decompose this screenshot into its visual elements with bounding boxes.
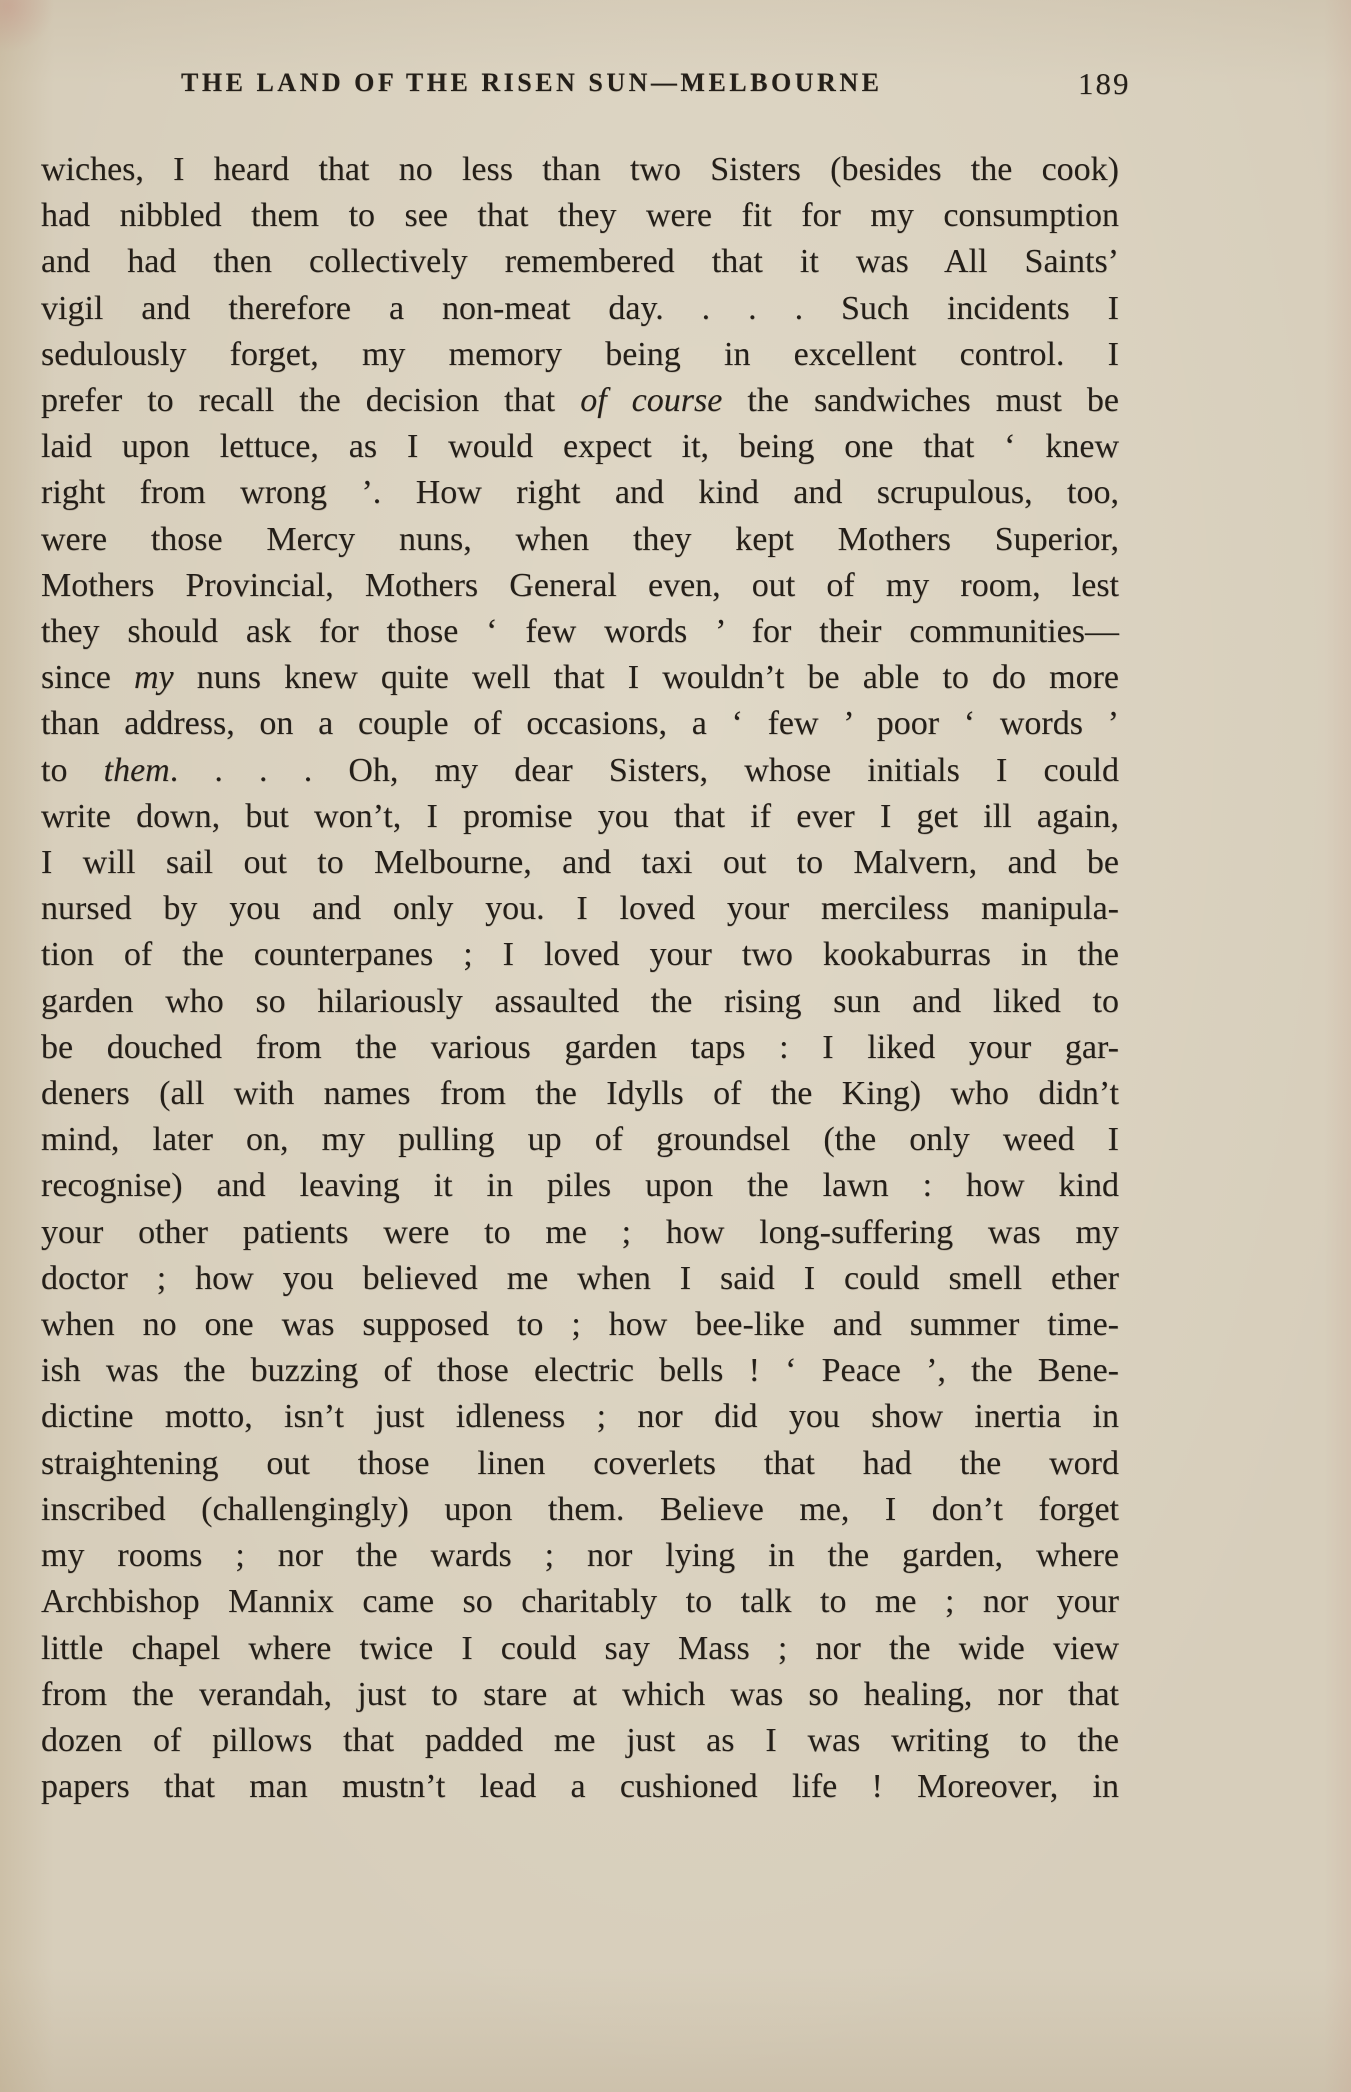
text-line: little chapel where twice I could say Ma… [41,1626,1119,1672]
running-header-title: THE LAND OF THE RISEN SUN—MELBOURNE [181,68,882,98]
text-line: deners (all with names from the Idylls o… [41,1071,1119,1117]
text-line: when no one was supposed to ; how bee-li… [41,1302,1119,1348]
text-line: they should ask for those ‘ few words ’ … [41,609,1119,655]
text-line: mind, later on, my pulling up of grounds… [41,1117,1119,1163]
text-line: had nibbled them to see that they were f… [41,193,1119,239]
text-line: to them. . . . Oh, my dear Sisters, whos… [41,748,1119,794]
text-line: dozen of pillows that padded me just as … [41,1718,1119,1764]
text-line: ish was the buzzing of those electric be… [41,1348,1119,1394]
text-line: wiches, I heard that no less than two Si… [41,147,1119,193]
text-line: were those Mercy nuns, when they kept Mo… [41,517,1119,563]
body-text: wiches, I heard that no less than two Si… [41,147,1119,1810]
text-line: dictine motto, isn’t just idleness ; nor… [41,1394,1119,1440]
text-line: my rooms ; nor the wards ; nor lying in … [41,1533,1119,1579]
text-line: doctor ; how you believed me when I said… [41,1256,1119,1302]
text-line: tion of the counterpanes ; I loved your … [41,932,1119,978]
text-line: straightening out those linen coverlets … [41,1441,1119,1487]
text-line: garden who so hilariously assaulted the … [41,979,1119,1025]
text-line: recognise) and leaving it in piles upon … [41,1163,1119,1209]
page-number: 189 [1078,66,1131,102]
text-line: vigil and therefore a non-meat day. . . … [41,286,1119,332]
text-line: nursed by you and only you. I loved your… [41,886,1119,932]
text-line: papers that man mustn’t lead a cushioned… [41,1764,1119,1810]
text-line: inscribed (challengingly) upon them. Bel… [41,1487,1119,1533]
text-line: than address, on a couple of occasions, … [41,701,1119,747]
text-line: Archbishop Mannix came so charitably to … [41,1579,1119,1625]
text-line: Mothers Provincial, Mothers General even… [41,563,1119,609]
text-line: and had then collectively remembered tha… [41,239,1119,285]
text-line: I will sail out to Melbourne, and taxi o… [41,840,1119,886]
text-line: write down, but won’t, I promise you tha… [41,794,1119,840]
text-line: be douched from the various garden taps … [41,1025,1119,1071]
text-line: right from wrong ’. How right and kind a… [41,470,1119,516]
text-line: from the verandah, just to stare at whic… [41,1672,1119,1718]
text-line: since my nuns knew quite well that I wou… [41,655,1119,701]
text-line: laid upon lettuce, as I would expect it,… [41,424,1119,470]
text-line: your other patients were to me ; how lon… [41,1210,1119,1256]
running-header: THE LAND OF THE RISEN SUN—MELBOURNE 189 [0,66,1351,106]
text-line: sedulously forget, my memory being in ex… [41,332,1119,378]
text-line: prefer to recall the decision that of co… [41,378,1119,424]
book-page: THE LAND OF THE RISEN SUN—MELBOURNE 189 … [0,0,1351,2092]
